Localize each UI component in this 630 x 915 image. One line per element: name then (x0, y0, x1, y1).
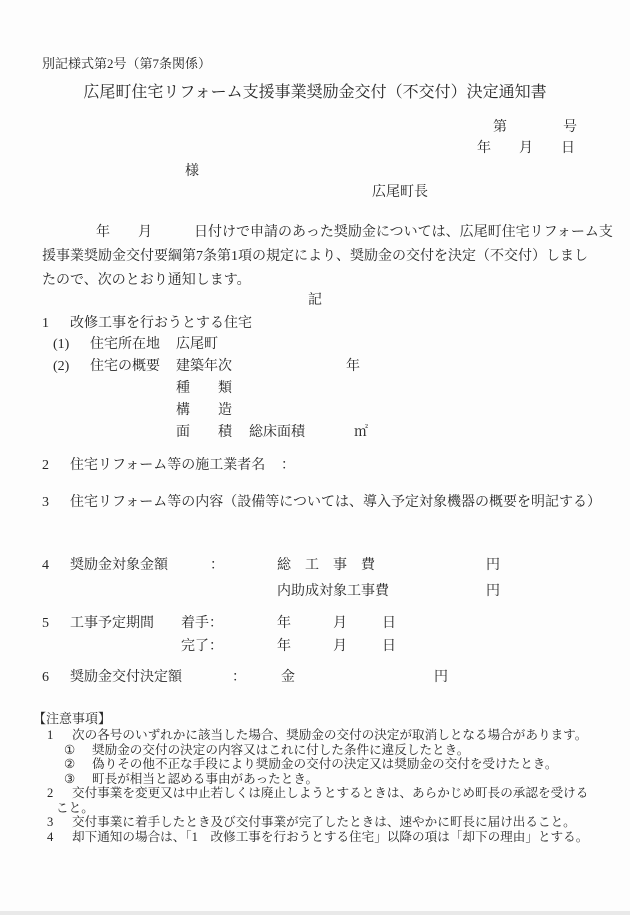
note-line: 却下通知の場合は、「1 改修工事を行おうとする住宅」以降の項は「却下の理由」とす… (72, 830, 588, 846)
item4-label: 奨励金対象金額 (70, 557, 168, 575)
item2-label: 住宅リフォーム等の施工業者名 (70, 457, 265, 475)
note-line: 次の各号のいずれかに該当した場合、奨励金の交付の決定が取消しとなる場合があります… (72, 728, 587, 744)
item5-number: 5 (42, 615, 49, 633)
item4-total-cost-unit: 円 (486, 557, 500, 575)
page-bottom-edge (0, 911, 630, 915)
item5-start-year-label: 年 (277, 615, 291, 633)
item1-area-label: 面 積 (176, 424, 232, 442)
item6-currency-prefix: 金 (281, 669, 295, 687)
note-number: 1 (47, 728, 53, 744)
item1-built-year-unit: 年 (346, 358, 360, 376)
date-line: 年 月 日 (477, 140, 575, 158)
item1-number: 1 (42, 315, 49, 333)
document-page: 別記様式第2号（第7条関係） 広尾町住宅リフォーム支援事業奨励金交付（不交付）決… (0, 0, 630, 915)
item1-sub1-label: 住宅所在地 (90, 336, 160, 354)
item1-sub1-value: 広尾町 (176, 336, 218, 354)
item1-area-sublabel: 総床面積 (249, 424, 305, 442)
item5-start-month-label: 月 (333, 615, 347, 633)
note-number: 3 (47, 815, 53, 831)
note-line: 交付事業に着手したとき及び交付事業が完了したときは、速やかに町長に届け出ること。 (72, 815, 576, 831)
item1-area-unit: ㎡ (354, 424, 368, 442)
record-marker: 記 (0, 292, 630, 310)
item6-label: 奨励金交付決定額 (70, 669, 182, 687)
item1-sub2-label: 住宅の概要 (90, 358, 160, 376)
item6-currency-unit: 円 (434, 669, 448, 687)
item5-start-label: 着手： (181, 615, 223, 633)
item5-label: 工事予定期間 (70, 615, 154, 633)
note-number: 2 (47, 786, 53, 802)
note-number: 4 (47, 830, 53, 846)
item1-title: 改修工事を行おうとする住宅 (70, 315, 252, 333)
item5-start-day-label: 日 (382, 615, 396, 633)
item1-kind-label: 種 類 (176, 380, 232, 398)
sender-title: 広尾町長 (372, 184, 428, 202)
item3-label: 住宅リフォーム等の内容（設備等については、導入予定対象機器の概要を明記する） (70, 494, 601, 512)
document-title: 広尾町住宅リフォーム支援事業奨励金交付（不交付）決定通知書 (0, 83, 630, 103)
item1-sub2-number: (2) (53, 358, 69, 376)
notes-heading: 【注意事項】 (33, 711, 111, 727)
item5-finish-day-label: 日 (382, 638, 396, 656)
note-circled-number: ② (64, 757, 75, 773)
item6-number: 6 (42, 669, 49, 687)
item2-colon: ： (281, 457, 295, 475)
note-line: 偽りその他不正な手段により奨励金の交付の決定又は奨励金の交付を受けたとき。 (92, 757, 557, 773)
item4-eligible-cost-unit: 円 (486, 583, 500, 601)
item1-built-year-label: 建築年次 (176, 358, 232, 376)
item2-number: 2 (42, 457, 49, 475)
item4-eligible-cost-label: 内助成対象工事費 (277, 583, 389, 601)
item4-number: 4 (42, 557, 49, 575)
item3-number: 3 (42, 494, 49, 512)
item6-colon: ： (232, 669, 246, 687)
item5-finish-year-label: 年 (277, 638, 291, 656)
form-reference: 別記様式第2号（第7条関係） (42, 56, 211, 72)
opening-paragraph-line: 援事業奨励金交付要綱第7条第1項の規定により、奨励金の交付を決定（不交付）しまし (42, 248, 588, 266)
item1-structure-label: 構 造 (176, 402, 232, 420)
opening-paragraph-line: 年 月 日付けで申請のあった奨励金については、広尾町住宅リフォーム支 (96, 224, 613, 242)
item5-finish-month-label: 月 (333, 638, 347, 656)
opening-paragraph-line: たので、次のとおり通知します。 (42, 272, 251, 290)
item4-total-cost-label: 総 工 事 費 (277, 557, 375, 575)
item5-finish-label: 完了： (181, 638, 223, 656)
note-line: 交付事業を変更又は中止若しくは廃止しようとするときは、あらかじめ町長の承認を受け… (72, 786, 588, 802)
item1-sub1-number: (1) (53, 336, 69, 354)
doc-number-line: 第 号 (493, 119, 577, 137)
item4-colon: ： (210, 557, 224, 575)
addressee-honorific: 様 (185, 163, 199, 181)
